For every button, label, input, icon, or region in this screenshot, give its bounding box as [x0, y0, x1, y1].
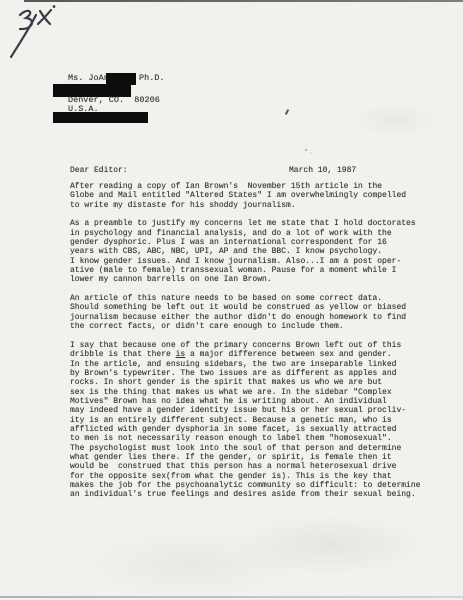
- recipient-title: Ph.D.: [139, 74, 165, 83]
- letter-line: rocks. In short gender is the spirit tha…: [70, 378, 455, 387]
- letter-line: As a preamble to justify my concerns let…: [70, 219, 455, 228]
- letter-paragraph: After reading a copy of Ian Brown's Nove…: [70, 182, 455, 210]
- letter-line: may indeed have a gender identity issue …: [70, 406, 455, 415]
- letter-line: to men is not necessarily reason enough …: [70, 434, 455, 443]
- scanned-letter-page: Ms. JoAnn Ph.D. Denver, CO. 80206 U.S.A.…: [0, 0, 463, 600]
- letter-line: In the article, and ensuing sidebars, th…: [70, 360, 455, 369]
- letter-line: years with CBS, ABC, NBC, UPI, AP and th…: [70, 247, 455, 256]
- handwritten-annotation-mark: [5, 3, 67, 63]
- letter-line: Motives" Brown has no idea what he is wr…: [70, 397, 455, 406]
- letter-line: ity is an entirely different subject. Be…: [70, 416, 455, 425]
- letter-line: After reading a copy of Ian Brown's Nove…: [70, 182, 455, 191]
- letter-line: afflicted with gender dysphoria in some …: [70, 425, 455, 434]
- letter-line: the correct facts, or didn't care enough…: [70, 322, 455, 331]
- letter-line: an individual's true feelings and desire…: [70, 490, 455, 499]
- letter-line: to write my distaste for his shoddy jour…: [70, 201, 455, 210]
- letter-line: The psychologist must look into the soul…: [70, 444, 455, 453]
- salutation: Dear Editor:: [70, 166, 128, 175]
- letter-paragraph: I say that because one of the primary co…: [70, 341, 455, 500]
- letter-line: by Brown's typewriter. The two issues ar…: [70, 369, 455, 378]
- letter-line: lower my cannon barrells on one Ian Brow…: [70, 275, 455, 284]
- letter-line: makes the job for the psychoanalytic com…: [70, 481, 455, 490]
- letter-line: in psychology and financial analysis, an…: [70, 229, 455, 238]
- letter-line: ative (male to female) transsexual woman…: [70, 266, 455, 275]
- scan-edge-artifact-bottom: [0, 596, 463, 598]
- letter-line: gender dysphoric. Plus I was an internat…: [70, 238, 455, 247]
- letter-line: dribble is that there is a major differe…: [70, 350, 455, 359]
- letter-paragraph: An article of this nature needs to be ba…: [70, 294, 455, 331]
- letter-paragraph: As a preamble to justify my concerns let…: [70, 219, 455, 284]
- letter-line: I know gender issues. And I know journal…: [70, 257, 455, 266]
- letter-line: journalism because either the author did…: [70, 313, 455, 322]
- letter-line: An article of this nature needs to be ba…: [70, 294, 455, 303]
- scan-smudge-mark: [305, 149, 307, 151]
- letter-line: would be construed that this person has …: [70, 462, 455, 471]
- redaction-box-bottom-line: [53, 112, 148, 123]
- letter-body: After reading a copy of Ian Brown's Nove…: [70, 182, 455, 509]
- letter-line: for the opposite sex(from what the gende…: [70, 472, 455, 481]
- letter-line: I say that because one of the primary co…: [70, 341, 455, 350]
- letter-date: March 10, 1987: [289, 166, 356, 175]
- ink-tick-mark: [285, 109, 290, 115]
- letter-line: Globe and Mail entitled "Altered States"…: [70, 191, 455, 200]
- scan-edge-artifact-top: [24, 0, 463, 2]
- letter-line: what gender lies there. If the gender, o…: [70, 453, 455, 462]
- letter-line: sex is the thing that makes us what we a…: [70, 388, 455, 397]
- letter-line: Should something be left out it would be…: [70, 303, 455, 312]
